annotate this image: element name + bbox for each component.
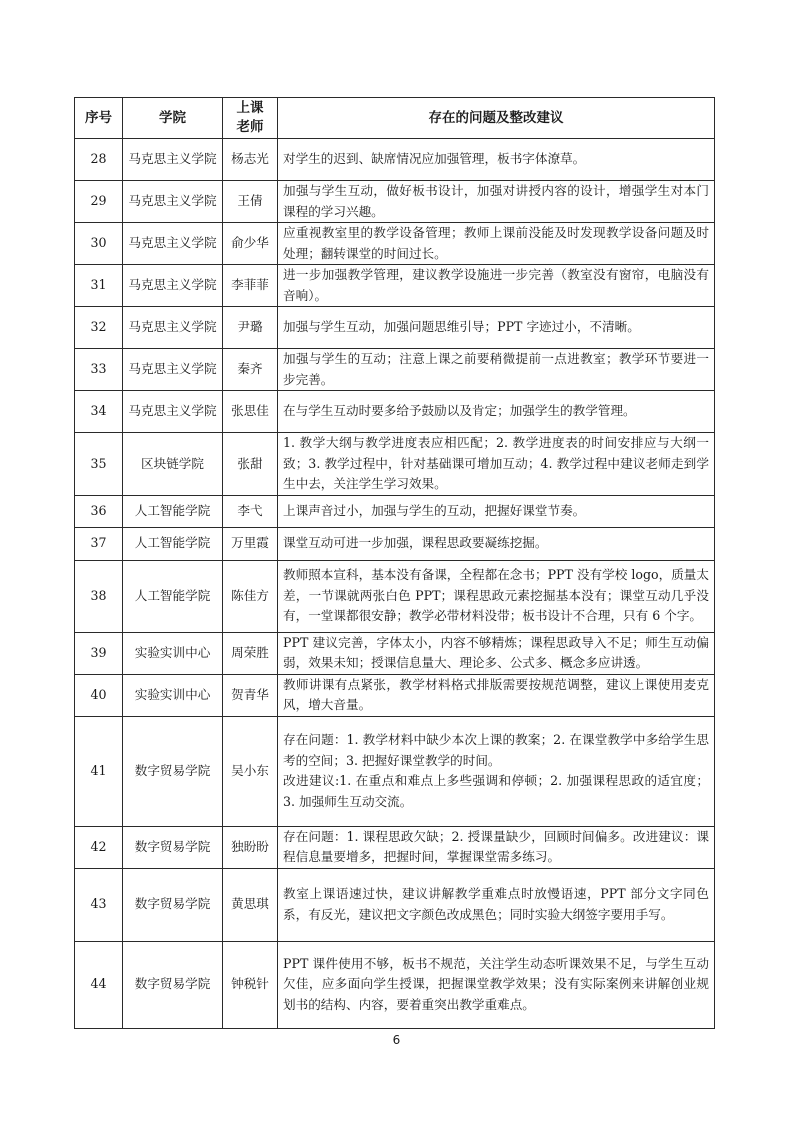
header-teacher-label: 上课老师 <box>237 100 264 135</box>
row-index: 30 <box>75 223 123 265</box>
row-index: 37 <box>75 527 123 560</box>
header-college: 学院 <box>123 98 223 139</box>
row-index: 39 <box>75 632 123 674</box>
row-teacher: 张思佳 <box>223 391 278 433</box>
row-index: 33 <box>75 349 123 391</box>
table-row: 31马克思主义学院李菲菲进一步加强教学管理，建议教学设施进一步完善（教室没有窗帘… <box>75 265 715 307</box>
row-issues: 加强与学生互动，做好板书设计，加强对讲授内容的设计，增强学生对本门课程的学习兴趣… <box>278 181 715 223</box>
table-header-row: 序号 学院 上课老师 存在的问题及整改建议 <box>75 98 715 139</box>
row-issues: 加强与学生互动，加强问题思维引导；PPT 字迹过小，不清晰。 <box>278 307 715 349</box>
teaching-review-table: 序号 学院 上课老师 存在的问题及整改建议 28马克思主义学院杨志光对学生的迟到… <box>74 97 715 1029</box>
row-college: 马克思主义学院 <box>123 307 223 349</box>
row-teacher: 周荣胜 <box>223 632 278 674</box>
header-issues: 存在的问题及整改建议 <box>278 98 715 139</box>
row-index: 32 <box>75 307 123 349</box>
row-college: 人工智能学院 <box>123 495 223 527</box>
row-college: 马克思主义学院 <box>123 349 223 391</box>
table-row: 33马克思主义学院秦齐加强与学生的互动；注意上课之前要稍微提前一点进教室；教学环… <box>75 349 715 391</box>
row-issues: 应重视教室里的教学设备管理；教师上课前没能及时发现教学设备问题及时处理；翻转课堂… <box>278 223 715 265</box>
row-teacher: 万里霞 <box>223 527 278 560</box>
header-index: 序号 <box>75 98 123 139</box>
table-row: 29马克思主义学院王倩加强与学生互动，做好板书设计，加强对讲授内容的设计，增强学… <box>75 181 715 223</box>
row-issues: PPT 建议完善，字体太小，内容不够精炼；课程思政导入不足；师生互动偏弱，效果未… <box>278 632 715 674</box>
table-body: 28马克思主义学院杨志光对学生的迟到、缺席情况应加强管理，板书字体潦草。29马克… <box>75 139 715 1029</box>
row-issues: 1. 教学大纲与教学进度表应相匹配；2. 教学进度表的时间安排应与大纲一致；3.… <box>278 433 715 496</box>
row-college: 马克思主义学院 <box>123 139 223 181</box>
row-issues: 存在问题：1. 教学材料中缺少本次上课的教案；2. 在课堂教学中多给学生思考的空… <box>278 716 715 826</box>
row-index: 43 <box>75 868 123 941</box>
row-teacher: 黄思琪 <box>223 868 278 941</box>
row-issues: 在与学生互动时要多给予鼓励以及肯定；加强学生的教学管理。 <box>278 391 715 433</box>
row-issues: 进一步加强教学管理，建议教学设施进一步完善（教室没有窗帘，电脑没有音响）。 <box>278 265 715 307</box>
row-issues: PPT 课件使用不够，板书不规范，关注学生动态听课效果不足，与学生互动欠佳，应多… <box>278 941 715 1028</box>
row-teacher: 吴小东 <box>223 716 278 826</box>
row-college: 数字贸易学院 <box>123 826 223 868</box>
row-teacher: 李菲菲 <box>223 265 278 307</box>
table-row: 44数字贸易学院钟税针PPT 课件使用不够，板书不规范，关注学生动态听课效果不足… <box>75 941 715 1028</box>
document-page: 序号 学院 上课老师 存在的问题及整改建议 28马克思主义学院杨志光对学生的迟到… <box>0 0 793 1122</box>
table-row: 37人工智能学院万里霞课堂互动可进一步加强，课程思政要凝练挖掘。 <box>75 527 715 560</box>
row-index: 40 <box>75 674 123 716</box>
row-teacher: 陈佳方 <box>223 560 278 632</box>
row-college: 数字贸易学院 <box>123 868 223 941</box>
row-college: 马克思主义学院 <box>123 181 223 223</box>
row-issues: 加强与学生的互动；注意上课之前要稍微提前一点进教室；教学环节要进一步完善。 <box>278 349 715 391</box>
table-row: 39实验实训中心周荣胜PPT 建议完善，字体太小，内容不够精炼；课程思政导入不足… <box>75 632 715 674</box>
table-row: 38人工智能学院陈佳方教师照本宣科，基本没有备课，全程都在念书；PPT 没有学校… <box>75 560 715 632</box>
row-teacher: 钟税针 <box>223 941 278 1028</box>
table-row: 34马克思主义学院张思佳在与学生互动时要多给予鼓励以及肯定；加强学生的教学管理。 <box>75 391 715 433</box>
row-college: 数字贸易学院 <box>123 941 223 1028</box>
table-row: 36人工智能学院李弋上课声音过小，加强与学生的互动，把握好课堂节奏。 <box>75 495 715 527</box>
row-issues: 上课声音过小，加强与学生的互动，把握好课堂节奏。 <box>278 495 715 527</box>
row-teacher: 李弋 <box>223 495 278 527</box>
row-teacher: 俞少华 <box>223 223 278 265</box>
row-teacher: 贺青华 <box>223 674 278 716</box>
row-teacher: 张甜 <box>223 433 278 496</box>
row-index: 29 <box>75 181 123 223</box>
table-row: 32马克思主义学院尹璐加强与学生互动，加强问题思维引导；PPT 字迹过小，不清晰… <box>75 307 715 349</box>
row-college: 人工智能学院 <box>123 560 223 632</box>
table-row: 35区块链学院张甜1. 教学大纲与教学进度表应相匹配；2. 教学进度表的时间安排… <box>75 433 715 496</box>
row-issues: 存在问题：1. 课程思政欠缺；2. 授课量缺少，回顾时间偏多。改进建议：课程信息… <box>278 826 715 868</box>
row-index: 35 <box>75 433 123 496</box>
row-index: 36 <box>75 495 123 527</box>
table-row: 42数字贸易学院独盼盼存在问题：1. 课程思政欠缺；2. 授课量缺少，回顾时间偏… <box>75 826 715 868</box>
row-teacher: 杨志光 <box>223 139 278 181</box>
row-index: 42 <box>75 826 123 868</box>
row-college: 数字贸易学院 <box>123 716 223 826</box>
row-issues: 课堂互动可进一步加强，课程思政要凝练挖掘。 <box>278 527 715 560</box>
table-row: 43数字贸易学院黄思琪教室上课语速过快，建议讲解教学重难点时放慢语速，PPT 部… <box>75 868 715 941</box>
row-index: 28 <box>75 139 123 181</box>
row-college: 人工智能学院 <box>123 527 223 560</box>
row-teacher: 独盼盼 <box>223 826 278 868</box>
table-row: 41数字贸易学院吴小东存在问题：1. 教学材料中缺少本次上课的教案；2. 在课堂… <box>75 716 715 826</box>
row-teacher: 秦齐 <box>223 349 278 391</box>
row-index: 38 <box>75 560 123 632</box>
row-index: 44 <box>75 941 123 1028</box>
table-row: 30马克思主义学院俞少华应重视教室里的教学设备管理；教师上课前没能及时发现教学设… <box>75 223 715 265</box>
row-college: 实验实训中心 <box>123 632 223 674</box>
row-college: 马克思主义学院 <box>123 391 223 433</box>
table-row: 28马克思主义学院杨志光对学生的迟到、缺席情况应加强管理，板书字体潦草。 <box>75 139 715 181</box>
table-row: 40实验实训中心贺青华教师讲课有点紧张，教学材料格式排版需要按规范调整，建议上课… <box>75 674 715 716</box>
row-teacher: 王倩 <box>223 181 278 223</box>
row-college: 马克思主义学院 <box>123 223 223 265</box>
row-issues: 教师讲课有点紧张，教学材料格式排版需要按规范调整，建议上课使用麦克风，增大音量。 <box>278 674 715 716</box>
row-issues: 教师照本宣科，基本没有备课，全程都在念书；PPT 没有学校 logo，质量太差，… <box>278 560 715 632</box>
row-issues: 教室上课语速过快，建议讲解教学重难点时放慢语速，PPT 部分文字同色系，有反光，… <box>278 868 715 941</box>
row-issues: 对学生的迟到、缺席情况应加强管理，板书字体潦草。 <box>278 139 715 181</box>
row-index: 34 <box>75 391 123 433</box>
row-college: 区块链学院 <box>123 433 223 496</box>
page-number: 6 <box>0 1033 793 1047</box>
row-index: 41 <box>75 716 123 826</box>
header-teacher: 上课老师 <box>223 98 278 139</box>
row-teacher: 尹璐 <box>223 307 278 349</box>
row-index: 31 <box>75 265 123 307</box>
row-college: 实验实训中心 <box>123 674 223 716</box>
row-college: 马克思主义学院 <box>123 265 223 307</box>
